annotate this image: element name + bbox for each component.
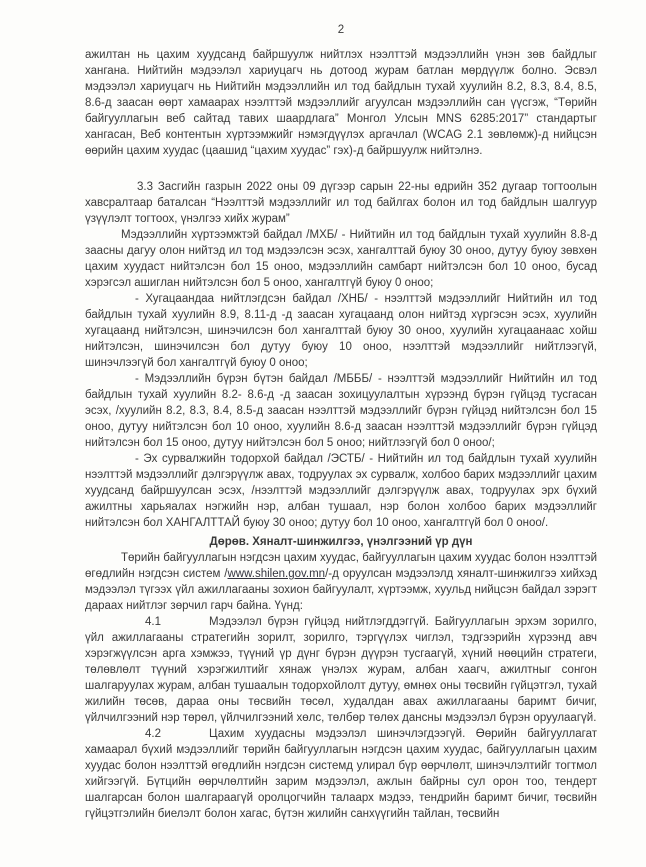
paragraph-item-4-1: 4.1Мэдээлэл бүрэн гүйцэд нийтлэгддэггүй.…: [85, 614, 597, 726]
item-4-2-number: 4.2: [145, 728, 161, 740]
item-4-1-number: 4.1: [145, 616, 161, 628]
paragraph-estb-criteria: - Эх сурвалжийн тодорхой байдал /ЭСТБ/ -…: [85, 451, 597, 531]
paragraph-mkhb-criteria: Мэдээллийн хүртээмжтэй байдал /МХБ/ - Ни…: [85, 227, 597, 291]
paragraph-monitoring-intro: Төрийн байгууллагын нэгдсэн цахим хуудас…: [85, 550, 597, 614]
item-4-1-text: Мэдээлэл бүрэн гүйцэд нийтлэгддэггүй. Ба…: [85, 616, 597, 724]
page-number: 2: [85, 22, 597, 38]
document-page: 2 ажилтан нь цахим хуудсанд байршуулж ни…: [0, 0, 646, 867]
paragraph-mbbb-criteria: - Мэдээллийн бүрэн бүтэн байдал /МБББ/ -…: [85, 371, 597, 451]
paragraph-clause-3-3: 3.3 Засгийн газрын 2022 оны 09 дүгээр са…: [85, 179, 597, 227]
shilen-gov-mn-link[interactable]: www.shilen.gov.mn: [228, 568, 326, 580]
paragraph-continuation: ажилтан нь цахим хуудсанд байршуулж нийт…: [85, 47, 597, 159]
section-heading: Дөрөв. Хяналт-шинжилгээ, үнэлгээний үр д…: [85, 534, 597, 550]
paragraph-item-4-2: 4.2Цахим хуудасны мэдээлэл шинэчлэгдээгү…: [85, 726, 597, 822]
paragraph-khnb-criteria: - Хугацаандаа нийтлэгдсэн байдал /ХНБ/ -…: [85, 291, 597, 371]
item-4-2-text: Цахим хуудасны мэдээлэл шинэчлэгдээгүй. …: [85, 728, 597, 820]
